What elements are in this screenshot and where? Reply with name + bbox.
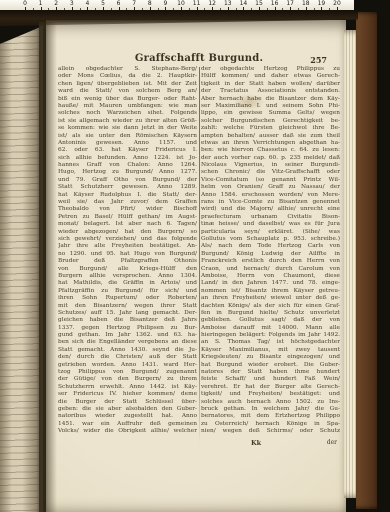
text-line: Theobaldo von Pfirt/ wider Bischoff bbox=[58, 206, 197, 213]
ruler-number: 14 bbox=[240, 0, 248, 7]
text-line: schen Chronic/ die Vitz-Graffschafft ode… bbox=[201, 169, 340, 176]
ruler-half-tick bbox=[48, 8, 49, 10]
text-line: tigkeit/ und Freyheiten/ bestätiget: und bbox=[201, 391, 340, 398]
text-line: Statt Schutzherr gewesen. Anno 1289. bbox=[58, 184, 197, 191]
text-line: ist sie allgemach wieder zu ihrer alten … bbox=[58, 118, 197, 125]
text-line: 62. oder 63. hat Käyser Fridericus I. bbox=[58, 147, 197, 154]
ruler-half-tick bbox=[33, 8, 34, 10]
ruler-half-tick bbox=[126, 8, 127, 10]
ruler-tick bbox=[150, 7, 151, 10]
facing-page-curve-shading bbox=[0, 24, 43, 512]
text-line: solcher Burgundischen Gerechtigkeit be- bbox=[201, 118, 340, 125]
text-line: natoribus wieder zugestellt hat. Anno bbox=[58, 413, 197, 420]
ruler-number: 16 bbox=[271, 0, 279, 7]
text-line: Nicolaus Vignerius, in seiner Burgundi- bbox=[201, 162, 340, 169]
text-line: ben: wie hiervon Chassetus c. 64. zu les… bbox=[201, 147, 340, 154]
ruler-number: 1 bbox=[39, 0, 43, 7]
ruler-half-tick bbox=[80, 8, 81, 10]
text-line: weil sie/ das Jahr zuvor/ dem Graffen bbox=[58, 199, 197, 206]
text-line: Hülff kommen/ und daher etwas Gerech- bbox=[201, 73, 340, 80]
text-line: nommen ist/ Bisantz ihrem Käyser getreu- bbox=[201, 288, 340, 295]
book-scan-photo: 01234567891011121314151617181920 Graffsc… bbox=[0, 0, 390, 512]
ruler-tick bbox=[228, 7, 229, 10]
text-column-right: der obgedachte Hertzog Philippus zuHülff… bbox=[201, 66, 340, 444]
ruler-number: 9 bbox=[163, 0, 167, 7]
text-line: 1337. gegen Hertzog Philipsen zu Bur- bbox=[58, 325, 197, 332]
text-line: hannes Graff von Chalon: Anno 1264. bbox=[58, 162, 197, 169]
ruler-tick bbox=[25, 7, 26, 10]
text-line: und 79. Graff Otho von Burgund/ der bbox=[58, 177, 197, 184]
ruler-half-tick bbox=[158, 8, 159, 10]
text-line: Antoninis gewesen. Anno 1157. und bbox=[58, 140, 197, 147]
ruler-number: 19 bbox=[318, 0, 326, 7]
text-line: Hugo, Hertzog zu Burgund/ Anno 1277. bbox=[58, 169, 197, 176]
text-line: geblieben. Gollutus sagt/ daß der von bbox=[201, 317, 340, 324]
ruler-half-tick bbox=[251, 8, 252, 10]
text-line: geben: die sie aber alsobalden den Guber… bbox=[58, 406, 197, 413]
ruler-number: 5 bbox=[101, 0, 105, 7]
gutter-shadow bbox=[39, 22, 57, 512]
text-line: Petren zu Basel/ Hülff gethan/ im Augst- bbox=[58, 214, 197, 221]
text-line: Aber hernach habe die Bisantzer dem Käy- bbox=[201, 96, 340, 103]
ruler-number: 10 bbox=[177, 0, 185, 7]
text-line: zu Österreich/ hernach Könige in Spa- bbox=[201, 421, 340, 428]
text-line: hat Mathildis, die Gräffin in Artois/ un… bbox=[58, 280, 197, 287]
column-divider-rule bbox=[199, 67, 200, 444]
text-line: getrieben worden. Anno 1431. ward Her- bbox=[58, 362, 197, 369]
ruler-half-tick bbox=[282, 8, 283, 10]
text-line: sich allhie befunden. Anno 1224. ist Jo- bbox=[58, 155, 197, 162]
ruler-tick bbox=[197, 7, 198, 10]
text-line: ser Maximiliano I. und seinem Sohn Phi- bbox=[201, 103, 340, 110]
measurement-ruler: 01234567891011121314151617181920 bbox=[0, 0, 354, 10]
text-line: ampten behalten/ ausser daß sie zum thei… bbox=[201, 133, 340, 140]
ruler-tick bbox=[87, 7, 88, 10]
text-line: gleichen haben die Bisantzer deß Jahrs bbox=[58, 317, 197, 324]
text-line: verehret. Er hat der Burger alte Gerech- bbox=[201, 384, 340, 391]
signature-mark: Kk bbox=[251, 439, 261, 447]
text-line: Kriegsleuten/ zu Bisantz eingezogen/ und bbox=[201, 354, 340, 361]
text-column-left: allein obgedachter S. Stephans-Berg/oder… bbox=[58, 66, 197, 444]
ruler-number: 12 bbox=[208, 0, 216, 7]
ruler-number: 6 bbox=[117, 0, 121, 7]
text-line: wieder abgezogen/ hat den Burgern/ so bbox=[58, 229, 197, 236]
ruler-number: 17 bbox=[286, 0, 294, 7]
text-line: no 1290. und 95. hat Hugo von Burgund/ bbox=[58, 251, 197, 258]
ruler-number: 8 bbox=[148, 0, 152, 7]
ruler-number: 13 bbox=[224, 0, 232, 7]
text-line: hat Burgund wieder erobert. Die Guber- bbox=[201, 362, 340, 369]
ruler-half-tick bbox=[220, 8, 221, 10]
text-line: solches auch hernach Anno 1502. zu Ins- bbox=[201, 399, 340, 406]
text-line: Craon, und hernach/ durch Carolum von bbox=[201, 266, 340, 273]
text-line: tigkeit in der Statt haben wollen/ darüb… bbox=[201, 81, 340, 88]
ruler-tick bbox=[306, 7, 307, 10]
text-line: hieringegen belägert: Folgends im Jahr 1… bbox=[201, 332, 340, 339]
text-line: hat Käyser Rudolphus I. die Statt/ der- bbox=[58, 192, 197, 199]
ruler-tick bbox=[321, 7, 322, 10]
text-line: Amboise darauff mit 14000. Mann alle bbox=[201, 325, 340, 332]
ruler-tick bbox=[181, 7, 182, 10]
text-line: gund gethan. Im Jahr 1362. und 63. ha- bbox=[58, 332, 197, 339]
text-line: Statt gemacht. Anno 1430. seynd die Ju- bbox=[58, 347, 197, 354]
text-line: Schutzherrn erwehlt. Anno 1442. ist Käy- bbox=[58, 384, 197, 391]
ruler-tick bbox=[119, 7, 120, 10]
ruler-number: 11 bbox=[193, 0, 201, 7]
ruler-tick bbox=[275, 7, 276, 10]
text-line: particularia seyn/ erkläret. (Sihe/ was bbox=[201, 229, 340, 236]
text-block: allein obgedachter S. Stephans-Berg/oder… bbox=[58, 66, 340, 444]
ruler-number: 18 bbox=[302, 0, 310, 7]
text-line: solches noch Warzeichen sihet. Folgends bbox=[58, 110, 197, 117]
ruler-half-tick bbox=[236, 8, 237, 10]
text-line: an ihren Freyheiten/ wiewol unter deß ge… bbox=[201, 295, 340, 302]
ruler-number: 4 bbox=[85, 0, 89, 7]
ruler-half-tick bbox=[111, 8, 112, 10]
ruler-tick bbox=[337, 7, 338, 10]
ruler-half-tick bbox=[329, 8, 330, 10]
text-line: rans in Vice-Comte zu Bisantzen genennet bbox=[201, 199, 340, 206]
text-line: Jahr ihre alte Freyheiten bestätiget. An… bbox=[58, 243, 197, 250]
ruler-half-tick bbox=[204, 8, 205, 10]
ruler-half-tick bbox=[267, 8, 268, 10]
text-line: Franckreich erstlich durch den Herrn von bbox=[201, 258, 340, 265]
ruler-tick bbox=[290, 7, 291, 10]
catchword: der bbox=[327, 439, 337, 446]
text-line: lippo, ein gewisse Summa Gelts/ wegen bbox=[201, 110, 340, 117]
text-line: mit den Bisantzern/ wegen ihrer Statt bbox=[58, 303, 197, 310]
ruler-tick bbox=[165, 7, 166, 10]
text-line: 1451. war ein Auffruhr deß gemeinen bbox=[58, 421, 197, 428]
text-line: der obgedachte Hertzog Philippus zu bbox=[201, 66, 340, 73]
text-line: natores der Statt haben ihme hundert bbox=[201, 369, 340, 376]
ruler-half-tick bbox=[298, 8, 299, 10]
ruler-number: 3 bbox=[70, 0, 74, 7]
text-line: monat/ belagert. Ist aber nach 6. Tagen/ bbox=[58, 221, 197, 228]
signature-row: Kk der bbox=[201, 439, 340, 448]
text-line: dachten Königs/ als der sich für einen G… bbox=[201, 303, 340, 310]
ruler-tick bbox=[56, 7, 57, 10]
text-line: ben sich die Engelländer vergebens an di… bbox=[58, 339, 197, 346]
text-line: Burgern allhie versprochen. Anno 1304. bbox=[58, 273, 197, 280]
text-line: se kommen: wie sie dann jetzt in der Wei… bbox=[58, 125, 197, 132]
text-line: der auch vorher cap. 60. p. 235 meldet/ … bbox=[201, 155, 340, 162]
ruler-tick bbox=[72, 7, 73, 10]
text-line: oder Mons Cœlius, da die 2. Hauptkir- bbox=[58, 73, 197, 80]
text-line: praefecturam urbanam Civitatis Bison- bbox=[201, 214, 340, 221]
ruler-number: 2 bbox=[54, 0, 58, 7]
text-line: Burgund/ König Ludwig der Ailffte in bbox=[201, 251, 340, 258]
text-line: ser Fridericus IV. hieher kommen/ deme bbox=[58, 391, 197, 398]
text-line: Volcks/ wider die Obrigkeit allhie/ welc… bbox=[58, 428, 197, 435]
text-line: tzog Philippus von Burgund/ zugenannt bbox=[58, 369, 197, 376]
page-number: 257 bbox=[310, 55, 327, 65]
text-line: Gollutus vom Schauplatz p. 953. schreibe… bbox=[201, 236, 340, 243]
ruler-tick bbox=[212, 7, 213, 10]
text-line: Bruder deß Pfaltzgraffen Othonis bbox=[58, 258, 197, 265]
text-line: nien/ wegen deß Schirms/ oder Schutz bbox=[201, 428, 340, 435]
text-line: an S. Thomas Tag/ ist höchstgedachter bbox=[201, 339, 340, 346]
book-cover-board bbox=[356, 12, 377, 509]
text-line: von Burgund/ alle Kriegs-Hülff den bbox=[58, 266, 197, 273]
text-line: den/ durch die Christen/ auß der Statt bbox=[58, 354, 197, 361]
text-line: hauße/ mit Mauren umbfangen: wie man bbox=[58, 103, 197, 110]
text-line: Land/ in den Jahren 1477. und 78. einge- bbox=[201, 280, 340, 287]
text-line: bruck gethan. In welchem Jahr/ die Gu- bbox=[201, 406, 340, 413]
ruler-number: 0 bbox=[23, 0, 27, 7]
ruler-number: 20 bbox=[333, 0, 341, 7]
ruler-half-tick bbox=[95, 8, 96, 10]
text-line: tinæ heisse/ und daselbst/ was es für Ju… bbox=[201, 221, 340, 228]
ruler-half-tick bbox=[314, 8, 315, 10]
text-line: wird) und die Majorn/ allhie/ unrecht ei… bbox=[201, 206, 340, 213]
ruler-half-tick bbox=[64, 8, 65, 10]
ruler-tick bbox=[259, 7, 260, 10]
text-line: fen in Burgund hielte/ Schutz unverletzt bbox=[201, 310, 340, 317]
book-page: Graffschafft Burgund. 257 allein obgedac… bbox=[46, 20, 346, 512]
text-line: Anno 1584. erschossen worden/ von Mere- bbox=[201, 192, 340, 199]
text-line: Als/ nach dem Tode Hertzog Carls von bbox=[201, 243, 340, 250]
text-line: Vice-Comitatum (so genannt Printz Wil- bbox=[201, 177, 340, 184]
ruler-tick bbox=[103, 7, 104, 10]
text-line: der Tractatus Associationis entstanden. bbox=[201, 88, 340, 95]
text-line: sich gewehrt/ verziehen/ und das folgend… bbox=[58, 236, 197, 243]
text-line: etwas an ihren Verrichtungen abgethan ha… bbox=[201, 140, 340, 147]
ruler-half-tick bbox=[189, 8, 190, 10]
text-line: helm von Oranien/ Graff zu Nassau/ der bbox=[201, 184, 340, 191]
text-line: feiste Schaff/ und hundert Faß Wein/ bbox=[201, 376, 340, 383]
text-line: biß ein wenig über das Burger- oder Raht… bbox=[58, 96, 197, 103]
ruler-half-tick bbox=[173, 8, 174, 10]
text-line: Käyser Maximilianus, mit zwey tausent bbox=[201, 347, 340, 354]
text-line: zahlt: welche Fürsten gleichwol ihre Be- bbox=[201, 125, 340, 132]
ruler-tick bbox=[134, 7, 135, 10]
text-line: die Burger der Statt Schlüssel über- bbox=[58, 399, 197, 406]
text-line: bernatores, mit dem Ertzhertzog Philippo bbox=[201, 413, 340, 420]
facing-page-edge bbox=[0, 24, 43, 512]
text-line: ist/ als sie unter den Römischen Käysern bbox=[58, 133, 197, 140]
page-header: Graffschafft Burgund. 257 bbox=[58, 53, 340, 66]
text-line: ihren Sohn Rupertum/ oder Roberten/ bbox=[58, 295, 197, 302]
text-line: Pfaltzgräffin zu Burgund/ für sich/ und bbox=[58, 288, 197, 295]
text-line: Amboise, Herrn von Chaumont, diese bbox=[201, 273, 340, 280]
ruler-number: 7 bbox=[132, 0, 136, 7]
ruler-tick bbox=[41, 7, 42, 10]
ruler-half-tick bbox=[142, 8, 143, 10]
text-line: allein obgedachter S. Stephans-Berg/ bbox=[58, 66, 197, 73]
page-header-title: Graffschafft Burgund. bbox=[135, 53, 263, 64]
text-line: chen ligen/ übergeblieben ist. Mit der Z… bbox=[58, 81, 197, 88]
text-line: Schutzes/ auff 15. Jahr lang gemacht. De… bbox=[58, 310, 197, 317]
text-line: ward die Statt/ von solchem Berg an/ bbox=[58, 88, 197, 95]
ruler-number: 15 bbox=[255, 0, 263, 7]
ruler-tick bbox=[243, 7, 244, 10]
text-line: der Gütige/ von den Burgern/ zu ihrem bbox=[58, 376, 197, 383]
